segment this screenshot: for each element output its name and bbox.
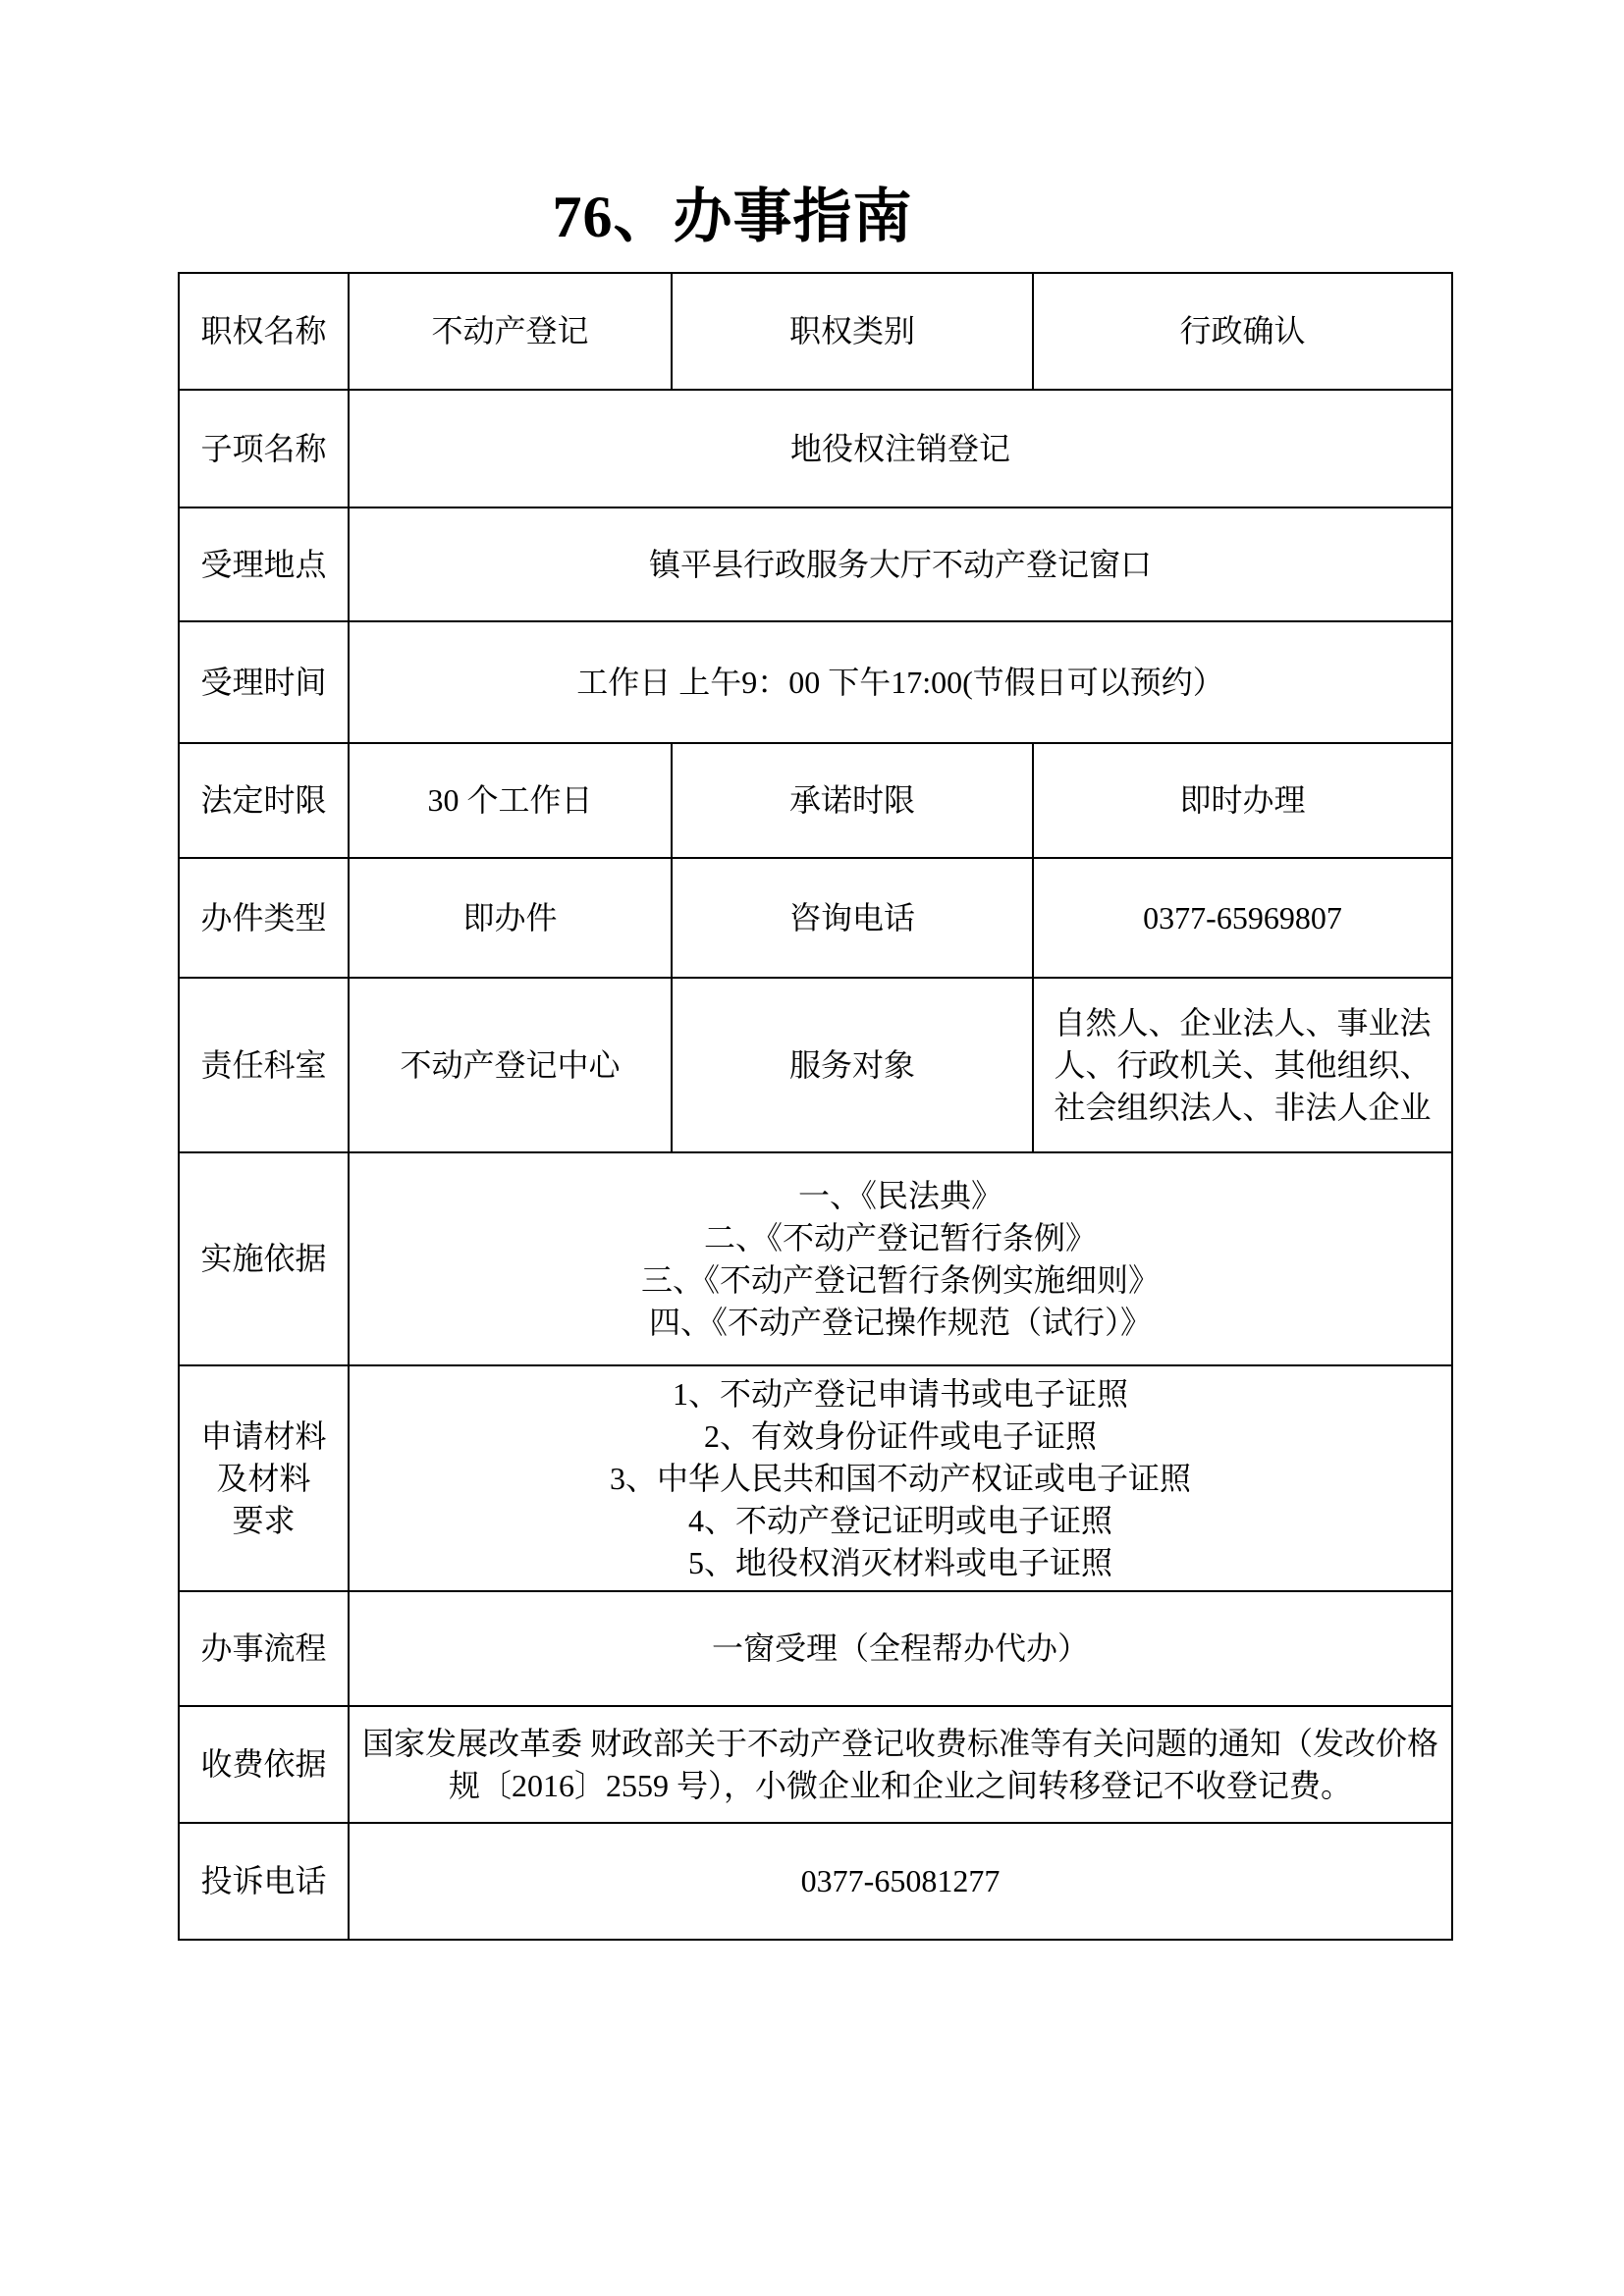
acceptance-time-value: 工作日 上午9：00 下午17:00(节假日可以预约） [349,621,1452,743]
case-type-value: 即办件 [349,858,672,978]
implementation-basis-label: 实施依据 [179,1152,349,1365]
table-row: 申请材料 及材料 要求 1、不动产登记申请书或电子证照 2、有效身份证件或电子证… [179,1365,1452,1591]
application-materials-label: 申请材料 及材料 要求 [179,1365,349,1591]
promised-time-limit-value: 即时办理 [1033,743,1452,858]
fee-basis-value: 国家发展改革委 财政部关于不动产登记收费标准等有关问题的通知（发改价格规〔201… [349,1706,1452,1823]
page-title: 76、办事指南 [438,185,1027,249]
application-materials-value: 1、不动产登记申请书或电子证照 2、有效身份证件或电子证照 3、中华人民共和国不… [349,1365,1452,1591]
authority-name-label: 职权名称 [179,273,349,390]
complaint-phone-value: 0377-65081277 [349,1823,1452,1940]
responsible-office-value: 不动产登记中心 [349,978,672,1152]
consult-phone-label: 咨询电话 [672,858,1033,978]
service-process-label: 办事流程 [179,1591,349,1706]
authority-category-label: 职权类别 [672,273,1033,390]
service-target-label: 服务对象 [672,978,1033,1152]
table-row: 收费依据 国家发展改革委 财政部关于不动产登记收费标准等有关问题的通知（发改价格… [179,1706,1452,1823]
service-guide-table: 职权名称 不动产登记 职权类别 行政确认 子项名称 地役权注销登记 受理地点 镇… [178,272,1453,1941]
table-row: 办件类型 即办件 咨询电话 0377-65969807 [179,858,1452,978]
implementation-basis-value: 一、《民法典》 二、《不动产登记暂行条例》 三、《不动产登记暂行条例实施细则》 … [349,1152,1452,1365]
table-row: 子项名称 地役权注销登记 [179,390,1452,507]
table-row: 受理时间 工作日 上午9：00 下午17:00(节假日可以预约） [179,621,1452,743]
sub-item-name-label: 子项名称 [179,390,349,507]
document-page: 76、办事指南 职权名称 不动产登记 职权类别 行政确认 子项名称 地役权注销登… [0,0,1624,2296]
sub-item-name-value: 地役权注销登记 [349,390,1452,507]
responsible-office-label: 责任科室 [179,978,349,1152]
acceptance-time-label: 受理时间 [179,621,349,743]
authority-name-value: 不动产登记 [349,273,672,390]
table-row: 实施依据 一、《民法典》 二、《不动产登记暂行条例》 三、《不动产登记暂行条例实… [179,1152,1452,1365]
table-row: 法定时限 30 个工作日 承诺时限 即时办理 [179,743,1452,858]
table-row: 职权名称 不动产登记 职权类别 行政确认 [179,273,1452,390]
table-row: 受理地点 镇平县行政服务大厅不动产登记窗口 [179,507,1452,621]
table-row: 办事流程 一窗受理（全程帮办代办） [179,1591,1452,1706]
table-row: 责任科室 不动产登记中心 服务对象 自然人、企业法人、事业法人、行政机关、其他组… [179,978,1452,1152]
consult-phone-value: 0377-65969807 [1033,858,1452,978]
acceptance-place-label: 受理地点 [179,507,349,621]
case-type-label: 办件类型 [179,858,349,978]
authority-category-value: 行政确认 [1033,273,1452,390]
service-process-value: 一窗受理（全程帮办代办） [349,1591,1452,1706]
table-row: 投诉电话 0377-65081277 [179,1823,1452,1940]
statutory-time-limit-label: 法定时限 [179,743,349,858]
promised-time-limit-label: 承诺时限 [672,743,1033,858]
fee-basis-label: 收费依据 [179,1706,349,1823]
service-target-value: 自然人、企业法人、事业法人、行政机关、其他组织、社会组织法人、非法人企业 [1033,978,1452,1152]
complaint-phone-label: 投诉电话 [179,1823,349,1940]
statutory-time-limit-value: 30 个工作日 [349,743,672,858]
acceptance-place-value: 镇平县行政服务大厅不动产登记窗口 [349,507,1452,621]
